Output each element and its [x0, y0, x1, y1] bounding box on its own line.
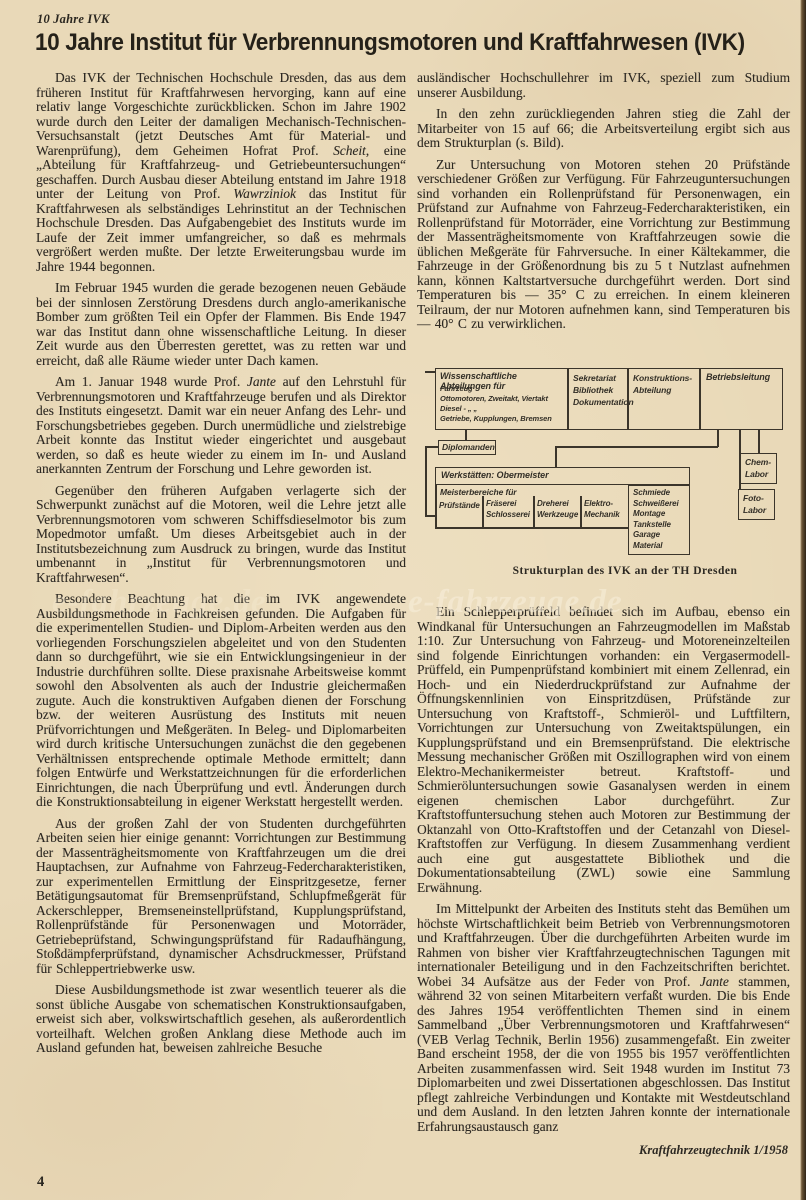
connector-line: [425, 371, 435, 373]
operations-box-label: Betriebsleitung: [706, 372, 770, 382]
left-column: Das IVK der Technischen Hochschule Dresd…: [36, 71, 406, 1063]
connector-line: [465, 430, 467, 440]
workshops-header-box: Werkstätten: Obermeister: [435, 467, 690, 485]
right-column-top: ausländischer Hochschullehrer im IVK, sp…: [417, 71, 790, 339]
cell-divider: [580, 496, 582, 528]
photo-lab-lines: Foto-Labor: [743, 492, 766, 516]
connector-line: [425, 446, 427, 516]
paragraph: Das IVK der Technischen Hochschule Dresd…: [36, 71, 406, 274]
secretariat-box: SekretariatBibliothekDokumentation: [568, 368, 628, 430]
workshops-bottom-border: [435, 527, 629, 529]
connector-line: [425, 515, 435, 517]
construction-box-lines: Konstruktions-Abteilung: [633, 372, 692, 396]
cell-pruefstaende: Prüfstände: [439, 501, 480, 510]
cell-divider: [533, 496, 535, 528]
right-column-bottom: Ein Schlepperprüffeld befindet sich im A…: [417, 605, 790, 1141]
connector-line: [425, 446, 438, 448]
secretariat-box-lines: SekretariatBibliothekDokumentation: [573, 372, 634, 408]
diplomanden-box: Diplomanden: [438, 440, 496, 455]
paragraph: Gegenüber den früheren Aufgaben verlager…: [36, 484, 406, 586]
paragraph: Zur Untersuchung von Motoren stehen 20 P…: [417, 158, 790, 332]
cell-elektro: Elektro-Mechanik: [584, 498, 620, 520]
construction-box: Konstruktions-Abteilung: [628, 368, 700, 430]
photo-lab-box: Foto-Labor: [738, 489, 775, 520]
cell-divider: [482, 496, 484, 528]
operations-box: Betriebsleitung: [700, 368, 783, 430]
figure-caption: Strukturplan des IVK an der TH Dresden: [425, 565, 787, 577]
scan-edge-shadow: [800, 0, 806, 1200]
dept-box: Wissenschaftliche Abteilungen für Fahrze…: [435, 368, 568, 430]
chem-lab-lines: Chem-Labor: [745, 456, 771, 480]
running-head: 10 Jahre IVK: [37, 12, 110, 27]
schmiede-box: SchmiedeSchweißereiMontageTankstelleGara…: [628, 485, 690, 555]
paragraph: Aus der großen Zahl der von Studenten du…: [36, 817, 406, 977]
connector-line: [555, 446, 557, 467]
connector-line: [717, 430, 719, 447]
paragraph: In den zehn zurückliegenden Jahren stieg…: [417, 107, 790, 151]
paragraph: Im Mittelpunkt der Arbeiten des Institut…: [417, 902, 790, 1134]
cell-fraeserei: FräsereiSchlosserei: [486, 498, 530, 520]
workshops-header-label: Werkstätten: Obermeister: [441, 470, 548, 480]
paragraph: Ein Schlepperprüffeld befindet sich im A…: [417, 605, 790, 895]
paragraph: Diese Ausbildungsmethode ist zwar wesent…: [36, 983, 406, 1056]
diplomanden-label: Diplomanden: [442, 442, 495, 452]
scanned-journal-page: { "page": { "running_head": "10 Jahre IV…: [0, 0, 806, 1200]
page-title: 10 Jahre Institut für Verbrennungsmotore…: [35, 29, 745, 57]
structure-diagram: Wissenschaftliche Abteilungen für Fahrze…: [425, 358, 787, 598]
paragraph: Besondere Beachtung hat die im IVK angew…: [36, 592, 406, 810]
paragraph: Am 1. Januar 1948 wurde Prof. Jante auf …: [36, 375, 406, 477]
chem-lab-box: Chem-Labor: [740, 453, 777, 484]
journal-footer: Kraftfahrzeugtechnik 1/1958: [417, 1143, 788, 1158]
dept-box-lines: FahrzeugOttomotoren, Zweitakt, ViertaktD…: [440, 384, 552, 424]
paragraph: ausländischer Hochschullehrer im IVK, sp…: [417, 71, 790, 100]
page-number: 4: [37, 1174, 44, 1191]
workshops-left-border: [435, 485, 437, 528]
cell-dreherei: DrehereiWerkzeuge: [537, 498, 578, 520]
schmiede-lines: SchmiedeSchweißereiMontageTankstelleGara…: [633, 488, 679, 551]
connector-line: [758, 430, 760, 453]
meister-label: Meisterbereiche für: [440, 487, 517, 497]
connector-line: [555, 446, 718, 448]
paragraph: Im Februar 1945 wurden die gerade bezoge…: [36, 281, 406, 368]
